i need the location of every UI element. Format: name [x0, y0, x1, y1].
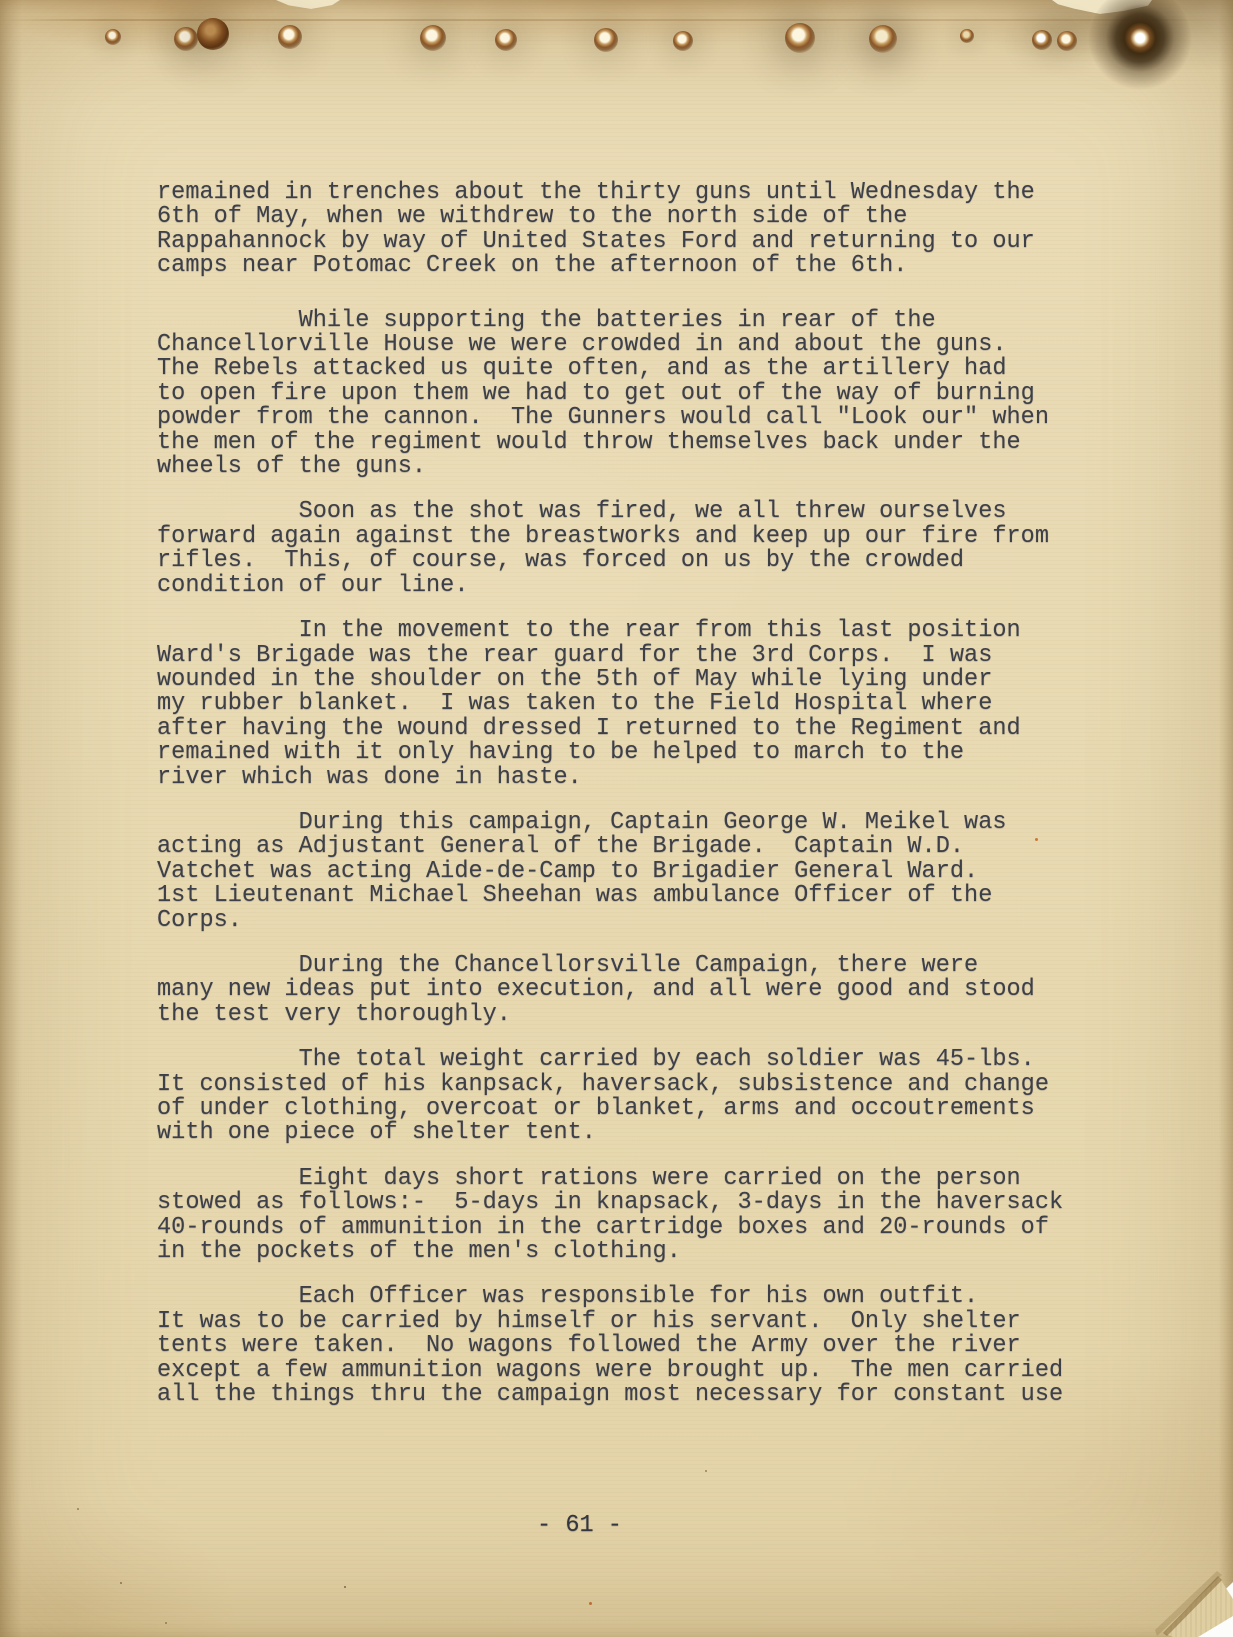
foxing-speck	[165, 1622, 167, 1624]
page-number: - 61 -	[537, 1514, 622, 1538]
typewritten-text: remained in trenches about the thirty gu…	[157, 181, 1167, 1428]
right-edge-shadow	[1219, 0, 1233, 1637]
foxing-speck	[77, 1508, 79, 1510]
fastener-hole	[960, 29, 974, 43]
foxing-speck	[120, 1582, 122, 1584]
paragraph: During this campaign, Captain George W. …	[157, 811, 1167, 933]
paragraph: Each Officer was responsible for his own…	[157, 1285, 1167, 1407]
paragraph: The total weight carried by each soldier…	[157, 1048, 1167, 1146]
paragraph: While supporting the batteries in rear o…	[157, 309, 1167, 480]
brad-fastener	[197, 18, 229, 50]
torn-edge	[276, 0, 340, 9]
scanned-document-page: remained in trenches about the thirty gu…	[0, 0, 1233, 1637]
paragraph: During the Chancellorsville Campaign, th…	[157, 954, 1167, 1027]
fastener-hole	[495, 29, 517, 51]
fastener-hole	[594, 28, 618, 52]
foxing-speck	[589, 1602, 592, 1605]
fastener-hole	[278, 25, 302, 49]
fastener-hole	[1032, 30, 1052, 50]
rusted-fastener-hole	[1088, 0, 1192, 90]
paragraph: In the movement to the rear from this la…	[157, 619, 1167, 790]
foxing-speck	[344, 1586, 346, 1588]
paragraph: Soon as the shot was fired, we all threw…	[157, 500, 1167, 598]
fastener-hole	[869, 25, 897, 53]
fastener-hole	[105, 29, 121, 45]
fastener-hole	[785, 23, 815, 53]
paragraph: remained in trenches about the thirty gu…	[157, 181, 1167, 279]
fold-crease	[0, 19, 1233, 21]
paragraph: Eight days short rations were carried on…	[157, 1167, 1167, 1265]
fastener-hole	[1057, 31, 1077, 51]
foxing-speck	[705, 1470, 707, 1472]
fastener-hole	[420, 25, 446, 51]
fastener-hole	[673, 31, 693, 51]
left-edge-shadow	[0, 0, 22, 1637]
fastener-hole	[174, 27, 198, 51]
